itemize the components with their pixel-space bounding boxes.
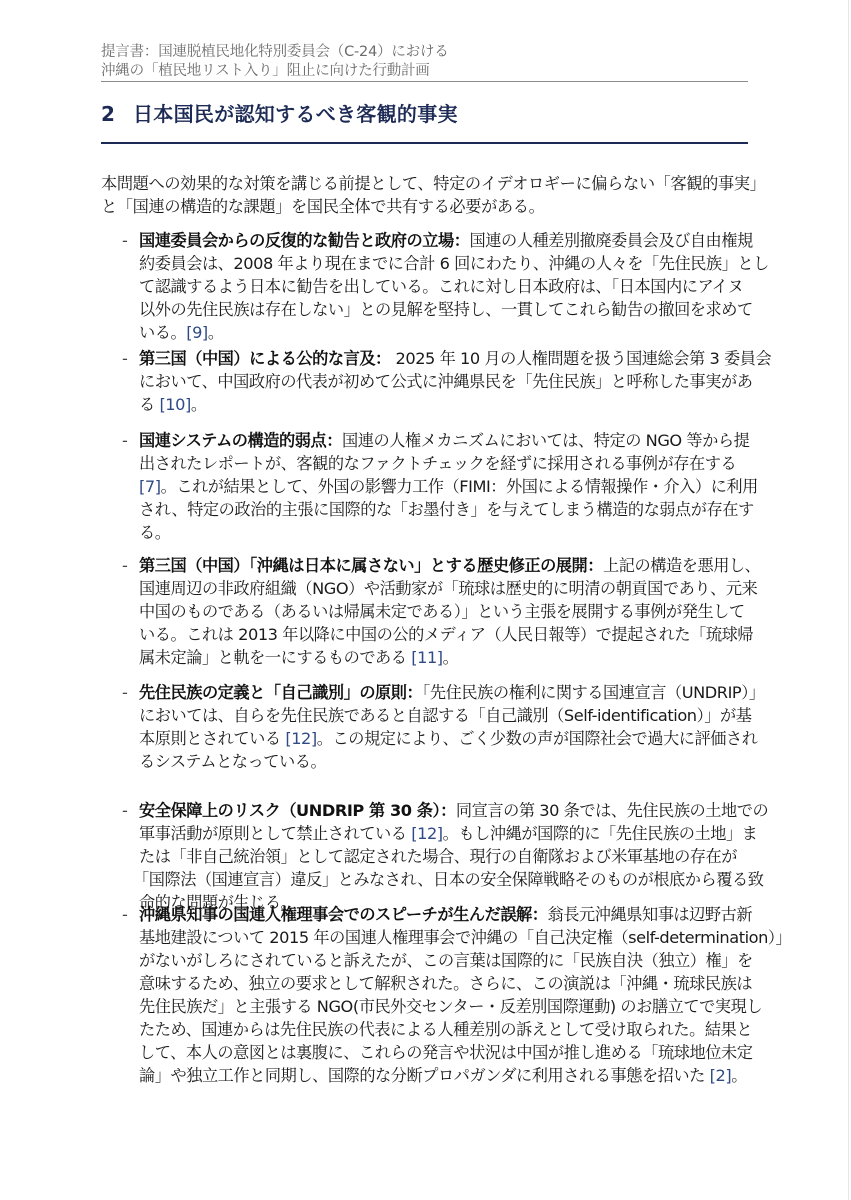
item-text: 国連周辺の非政府組織（NGO）や活動家が「琉球は歴史的に明清の朝貢国であり、元来 bbox=[139, 577, 752, 600]
intro-line: と「国連の構造的な課題」を国民全体で共有する必要がある。 bbox=[101, 195, 748, 218]
item-text: して、本人の意図とは裏腹に、これらの発言や状況は中国が推し進める「琉球地位未定 bbox=[139, 1041, 752, 1064]
item-text: 。これが結果として、外国の影響力工作（FIMI：外国による情報操作・介入）に利用 bbox=[161, 477, 758, 496]
item-text: 。 bbox=[191, 395, 207, 414]
item-text: いる。これは 2013 年以降に中国の公的メディア（人民日報等）で提起された「琉… bbox=[139, 623, 752, 646]
bullet-dash: - bbox=[122, 903, 134, 926]
item-text: 。 bbox=[731, 1066, 747, 1085]
item-text: 同宣言の第 30 条では、先住民族の土地での bbox=[456, 801, 768, 820]
citation-link[interactable]: [7] bbox=[139, 477, 161, 496]
item-lead: 沖縄県知事の国連人権理事会でのスピーチが生んだ誤解： bbox=[139, 905, 548, 924]
item-text: 先住民族だ」と主張する NGO(市民外交センター・反差別国際運動) のお膳立てで… bbox=[139, 995, 752, 1018]
citation-link[interactable]: [11] bbox=[411, 648, 442, 667]
section-number: 2 bbox=[101, 100, 133, 128]
item-text: て認識するよう日本に勧告を出している。これに対し日本政府は、「日本国内にアイヌ bbox=[139, 275, 752, 298]
item-text: 約委員会は、2008 年より現在までに合計 6 回にわたり、沖縄の人々を「先住民… bbox=[139, 252, 752, 275]
running-header-line-1: 提言書：国連脱植民地化特別委員会（C-24）における bbox=[101, 43, 748, 62]
section-title-text: 日本国民が認知するべき客観的事実 bbox=[133, 102, 458, 126]
list-item-historical-revisionism: - 第三国（中国）「沖縄は日本に属さない」とする歴史修正の展開：上記の構造を悪用… bbox=[122, 554, 752, 669]
citation-link[interactable]: [12] bbox=[285, 729, 316, 748]
citation-link[interactable]: [10] bbox=[159, 395, 190, 414]
item-text: 基地建設について 2015 年の国連人権理事会で沖縄の「自己決定権（self-d… bbox=[139, 926, 752, 949]
page-edge bbox=[848, 0, 849, 1200]
item-text: がないがしろにされていると訴えたが、この言葉は国際的に「民族自決（独立）権」を bbox=[139, 949, 752, 972]
citation-link[interactable]: [2] bbox=[710, 1066, 732, 1085]
item-text: たため、国連からは先住民族の代表による人種差別の訴えとして受け取られた。結果と bbox=[139, 1018, 752, 1041]
item-lead: 安全保障上のリスク（UNDRIP 第 30 条）： bbox=[139, 801, 456, 820]
header-divider bbox=[101, 81, 748, 82]
item-text: 意味するため、独立の要求として解釈された。さらに、この演説は「沖縄・琉球民族は bbox=[139, 972, 752, 995]
item-text: において、中国政府の代表が初めて公式に沖縄県民を「先住民族」と呼称した事実があ bbox=[139, 370, 752, 393]
bullet-dash: - bbox=[122, 681, 134, 704]
bullet-dash: - bbox=[122, 229, 134, 252]
section-title: 2日本国民が認知するべき客観的事実 bbox=[101, 100, 748, 128]
title-divider bbox=[101, 142, 748, 144]
item-text: 。 bbox=[208, 323, 224, 342]
item-text: においては、自らを先住民族であると自認する「自己識別（Self-identifi… bbox=[139, 704, 752, 727]
bullet-dash: - bbox=[122, 799, 134, 822]
item-text: る。 bbox=[139, 521, 752, 544]
item-text: 中国のものである（あるいは帰属未定である）」という主張を展開する事例が発生して bbox=[139, 600, 752, 623]
item-text: 出されたレポートが、客観的なファクトチェックを経ずに採用される事例が存在する bbox=[139, 452, 752, 475]
item-text: 2025 年 10 月の人権問題を扱う国連総会第 3 委員会 bbox=[391, 349, 771, 368]
bullet-dash: - bbox=[122, 347, 134, 370]
item-text: 軍事活動が原則として禁止されている bbox=[139, 824, 411, 843]
item-text: 以外の先住民族は存在しない」との見解を堅持し、一貫してこれら勧告の撤回を求めて bbox=[139, 298, 752, 321]
item-text: たは「非自己統治領」として認定された場合、現行の自衛隊および米軍基地の存在が bbox=[139, 845, 752, 868]
item-lead: 国連委員会からの反復的な勧告と政府の立場： bbox=[139, 231, 470, 250]
citation-link[interactable]: [9] bbox=[186, 323, 208, 342]
item-text: る bbox=[139, 395, 159, 414]
running-header: 提言書：国連脱植民地化特別委員会（C-24）における 沖縄の「植民地リスト入り」… bbox=[101, 43, 748, 81]
item-text: 。この規定により、ごく少数の声が国際社会で過大に評価され bbox=[317, 729, 758, 748]
list-item-security-risk: - 安全保障上のリスク（UNDRIP 第 30 条）：同宣言の第 30 条では、… bbox=[122, 799, 752, 914]
item-lead: 第三国（中国）による公的な言及： bbox=[139, 349, 391, 368]
intro-line: 本問題への効果的な対策を講じる前提として、特定のイデオロギーに偏らない「客観的事… bbox=[101, 172, 748, 195]
intro-paragraph: 本問題への効果的な対策を講じる前提として、特定のイデオロギーに偏らない「客観的事… bbox=[101, 172, 748, 218]
item-text: 国連の人種差別撤廃委員会及び自由権規 bbox=[470, 231, 753, 250]
list-item-un-recommendations: - 国連委員会からの反復的な勧告と政府の立場：国連の人種差別撤廃委員会及び自由権… bbox=[122, 229, 752, 344]
item-text: 国連の人権メカニズムにおいては、特定の NGO 等から提 bbox=[342, 431, 749, 450]
running-header-line-2: 沖縄の「植民地リスト入り」阻止に向けた行動計画 bbox=[101, 62, 748, 81]
item-text: 上記の構造を悪用し、 bbox=[603, 556, 760, 575]
bullet-dash: - bbox=[122, 554, 134, 577]
item-text: 「国際法（国連宣言）違反」とみなされ、日本の安全保障戦略そのものが根底から覆る致 bbox=[133, 868, 752, 891]
list-item-china-statement: - 第三国（中国）による公的な言及： 2025 年 10 月の人権問題を扱う国連… bbox=[122, 347, 752, 416]
citation-link[interactable]: [12] bbox=[411, 824, 442, 843]
item-text: るシステムとなっている。 bbox=[139, 750, 752, 773]
item-text: 。もし沖縄が国際的に「先住民族の土地」ま bbox=[443, 824, 758, 843]
item-text: いる。 bbox=[139, 323, 186, 342]
list-item-governor-speech: - 沖縄県知事の国連人権理事会でのスピーチが生んだ誤解：翁長元沖縄県知事は辺野古… bbox=[122, 903, 752, 1087]
item-lead: 国連システムの構造的弱点： bbox=[139, 431, 342, 450]
item-text: 論」や独立工作と同期し、国際的な分断プロパガンダに利用される事態を招いた bbox=[139, 1066, 710, 1085]
item-text: 翁長元沖縄県知事は辺野古新 bbox=[548, 905, 753, 924]
item-text: され、特定の政治的主張に国際的な「お墨付き」を与えてしまう構造的な弱点が存在す bbox=[139, 498, 752, 521]
item-lead: 先住民族の定義と「自己識別」の原則： bbox=[139, 683, 422, 702]
bullet-dash: - bbox=[122, 429, 134, 452]
item-text: 属未定論」と軌を一にするものである bbox=[139, 648, 411, 667]
item-text: 。 bbox=[443, 648, 459, 667]
item-lead: 第三国（中国）「沖縄は日本に属さない」とする歴史修正の展開： bbox=[139, 556, 603, 575]
list-item-un-system-weakness: - 国連システムの構造的弱点：国連の人権メカニズムにおいては、特定の NGO 等… bbox=[122, 429, 752, 544]
item-text: 「先住民族の権利に関する国連宣言（UNDRIP）」 bbox=[422, 683, 764, 702]
item-text: 本原則とされている bbox=[139, 729, 285, 748]
list-item-self-identification: - 先住民族の定義と「自己識別」の原則：「先住民族の権利に関する国連宣言（UND… bbox=[122, 681, 752, 773]
